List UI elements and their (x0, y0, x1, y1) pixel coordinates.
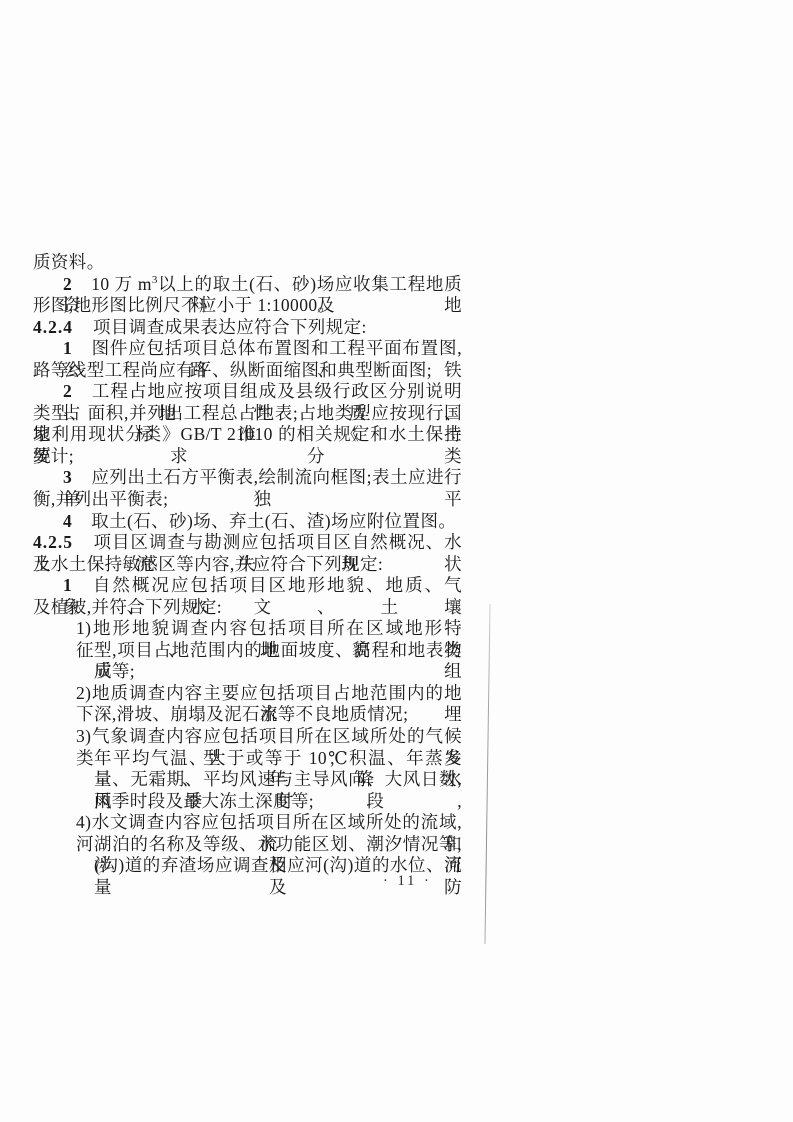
clause-number: 4 (63, 511, 72, 531)
text-line: 4.2.5项目区调查与勘测应包括项目区自然概况、水土流失现状 (33, 532, 462, 554)
scan-artifact-line (484, 604, 490, 944)
text-line: 210 万 m3以上的取土(石、砂)场应收集工程地质资料及地 (33, 274, 462, 296)
text-segment: 风季时段及最大冻土深度等; (94, 791, 314, 811)
text-line: 湖泊的名称及等级、水功能区划、潮汐情况等,涉及河 (33, 834, 462, 856)
text-line: 2)地质调查内容主要应包括项目占地范围内的地下水埋 (33, 683, 462, 705)
page-number: · 11 · (383, 873, 432, 890)
clause-number: 1 (63, 338, 72, 358)
text-segment: 及植被,并符合下列规定: (33, 597, 222, 617)
text-line: 4)水文调查内容应包括项目所在区域所处的流域,河流和 (33, 812, 462, 834)
text-line: 类型、面积,并列出工程总占地表;占地类型应按现行国家标准《土 (33, 403, 462, 425)
document-body: 质资料。210 万 m3以上的取土(石、砂)场应收集工程地质资料及地形图,地形图… (33, 252, 462, 877)
text-line: 1图件应包括项目总体布置图和工程平面布置图,公路、铁 (33, 338, 462, 360)
text-segment: 衡,并列出平衡表; (33, 489, 168, 509)
text-segment: 统计; (33, 446, 74, 466)
clause-number: 4.2.4 (33, 317, 73, 337)
clause-number: 2 (63, 381, 72, 401)
clause-number: 3 (63, 467, 72, 487)
text-segment: 地利用现状分类》GB/T 21010 的相关规定和水土保持要求分类 (33, 424, 462, 466)
text-line: 量、无霜期、平均风速与主导风向、大风日数,雨季时段, (33, 769, 462, 791)
text-segment: 取土(石、砂)场、弃土(石、渣)场应附位置图。 (91, 511, 456, 531)
text-line: 4.2.4项目调查成果表达应符合下列规定: (33, 317, 462, 339)
text-segment: 路等线型工程尚应有平、纵断面缩图和典型断面图; (33, 360, 432, 380)
text-segment: 及水土保持敏感区等内容,并应符合下列规定: (33, 554, 383, 574)
text-line: 地利用现状分类》GB/T 21010 的相关规定和水土保持要求分类 (33, 424, 462, 446)
text-segment: 成等; (94, 661, 135, 681)
text-line: 深,滑坡、崩塌及泥石流等不良地质情况; (33, 704, 462, 726)
text-line: 3应列出土石方平衡表,绘制流向框图;表土应进行单独平 (33, 467, 462, 489)
text-line: 1自然概况应包括项目区地形地貌、地质、气象、水文、土壤 (33, 575, 462, 597)
text-segment: 型,项目占地范围内的地面坡度、高程和地表物质组 (94, 640, 462, 682)
text-line: 质资料。 (33, 252, 462, 274)
clause-number: 4.2.5 (33, 532, 73, 552)
text-line: 1)地形地貌调查内容包括项目所在区域地形特征、地貌类 (33, 618, 462, 640)
text-segment: 深,滑坡、崩塌及泥石流等不良地质情况; (94, 704, 408, 724)
text-line: 2工程占地应按项目组成及县级行政区分别说明占地性质、 (33, 381, 462, 403)
text-line: 3)气象调查内容应包括项目所在区域所处的气候类型,多 (33, 726, 462, 748)
clause-number: 2 (63, 274, 72, 294)
text-line: 路等线型工程尚应有平、纵断面缩图和典型断面图; (33, 360, 462, 382)
text-line: 年平均气温、大于或等于 10℃积温、年蒸发量、年降水 (33, 748, 462, 770)
text-line: 4取土(石、砂)场、弃土(石、渣)场应附位置图。 (33, 511, 462, 533)
text-segment: 质资料。 (33, 252, 105, 272)
text-segment: 形图,地形图比例尺不应小于 1:10000。 (33, 295, 335, 315)
text-line: 型,项目占地范围内的地面坡度、高程和地表物质组 (33, 640, 462, 662)
clause-number: 1 (63, 575, 72, 595)
document-page: 质资料。210 万 m3以上的取土(石、砂)场应收集工程地质资料及地形图,地形图… (0, 0, 793, 1122)
text-segment: 项目调查成果表达应符合下列规定: (93, 317, 367, 337)
text-segment: 10 万 m (91, 274, 152, 294)
